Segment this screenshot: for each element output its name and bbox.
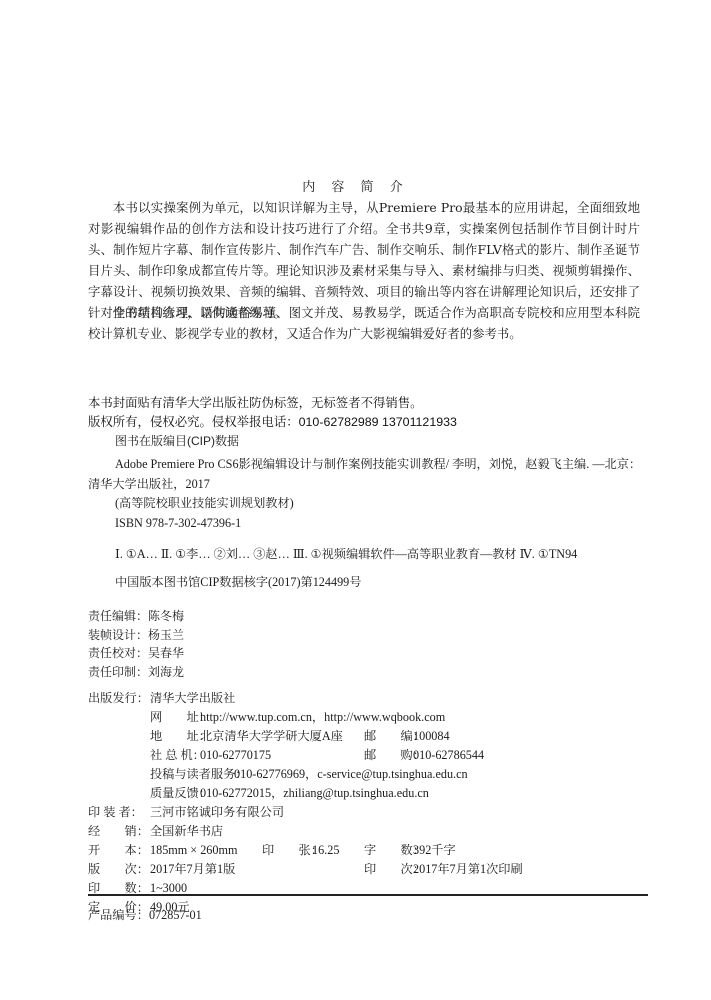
- distributor-row: 经 销： 全国新华书店: [88, 822, 648, 841]
- printer-value: 三河市铭诚印务有限公司: [150, 803, 284, 822]
- product-code: 产品编号：072857-01: [88, 906, 202, 923]
- staff-name: 陈冬梅: [148, 609, 184, 623]
- horizontal-rule: [88, 894, 648, 896]
- publisher-label: 出版发行：: [88, 689, 149, 708]
- website-row: 网 址： http://www.tup.com.cn，http://www.wq…: [88, 708, 648, 727]
- anti-counterfeit-line: 本书封面贴有清华大学出版社防伪标签，无标签者不得销售。: [88, 394, 457, 413]
- service-label: 投稿与读者服务：: [150, 765, 248, 784]
- website-value: http://www.tup.com.cn，http://www.wqbook.…: [200, 708, 445, 727]
- staff-row-proofreader: 责任校对：吴春华: [88, 644, 184, 663]
- format-label: 开 本：: [88, 841, 149, 860]
- switchboard-label: 社 总 机：: [150, 746, 205, 765]
- printer-label: 印 装 者：: [88, 803, 143, 822]
- cip-entry-line-1: Adobe Premiere Pro CS6影视编辑设计与制作案例技能实训教程/…: [88, 455, 648, 475]
- publisher-row: 出版发行： 清华大学出版社: [88, 689, 648, 708]
- postcode-value: 100084: [413, 727, 450, 746]
- printer-row: 印 装 者： 三河市铭诚印务有限公司: [88, 803, 648, 822]
- staff-row-print-manager: 责任印制：刘海龙: [88, 663, 184, 682]
- format-row: 开 本： 185mm × 260mm 印 张： 16.25 字 数： 392千字: [88, 841, 648, 860]
- service-value: 010-62776969，c-service@tup.tsinghua.edu.…: [234, 765, 468, 784]
- summary-text-2: 全书结构合理、语句通俗易懂、图文并茂、易教易学，既适合作为高职高专院校和应用型本…: [88, 302, 640, 344]
- sheets-value: 16.25: [312, 841, 339, 860]
- cip-library-number: 中国版本图书馆CIP数据核字(2017)第124499号: [88, 573, 648, 593]
- switchboard-row: 社 总 机： 010-62770175 邮 购： 010-62786544: [88, 746, 648, 765]
- staff-row-design: 装帧设计：杨玉兰: [88, 626, 184, 645]
- format-value: 185mm × 260mm: [150, 841, 237, 860]
- distributor-label: 经 销：: [88, 822, 149, 841]
- summary-paragraph-2: 全书结构合理、语句通俗易懂、图文并茂、易教易学，既适合作为高职高专院校和应用型本…: [88, 302, 640, 344]
- staff-name: 吴春华: [148, 646, 184, 660]
- staff-role: 责任校对：: [88, 646, 148, 660]
- cip-isbn: ISBN 978-7-302-47396-1: [88, 514, 648, 534]
- staff-name: 杨玉兰: [148, 628, 184, 642]
- address-value: 北京清华大学学研大厦A座: [200, 727, 343, 746]
- publisher-name: 清华大学出版社: [150, 689, 235, 708]
- summary-title: 内 容 简 介: [0, 176, 711, 195]
- edition-label: 版 次：: [88, 860, 149, 879]
- cip-classification: Ⅰ. ①A… Ⅱ. ①李… ②刘… ③赵… Ⅲ. ①视频编辑软件—高等职业教育—…: [88, 545, 648, 565]
- quality-value: 010-62772015，zhiliang@tup.tsinghua.edu.c…: [200, 784, 429, 803]
- switchboard-value: 010-62770175: [200, 746, 271, 765]
- edition-value: 2017年7月第1版: [150, 860, 235, 879]
- edition-row: 版 次： 2017年7月第1版 印 次： 2017年7月第1次印刷: [88, 860, 648, 879]
- staff-role: 责任编辑：: [88, 609, 148, 623]
- quality-feedback-row: 质量反馈： 010-62772015，zhiliang@tup.tsinghua…: [88, 784, 648, 803]
- address-row: 地 址： 北京清华大学学研大厦A座 邮 编： 100084: [88, 727, 648, 746]
- impression-value: 2017年7月第1次印刷: [413, 860, 523, 879]
- cip-entry-line-2: 清华大学出版社，2017: [88, 475, 648, 495]
- staff-role: 责任印制：: [88, 665, 148, 679]
- words-value: 392千字: [413, 841, 456, 860]
- reader-service-row: 投稿与读者服务： 010-62776969，c-service@tup.tsin…: [88, 765, 648, 784]
- cip-block: Adobe Premiere Pro CS6影视编辑设计与制作案例技能实训教程/…: [88, 455, 648, 592]
- staff-row-editor: 责任编辑：陈冬梅: [88, 607, 184, 626]
- staff-role: 装帧设计：: [88, 628, 148, 642]
- staff-credits: 责任编辑：陈冬梅 装帧设计：杨玉兰 责任校对：吴春华 责任印制：刘海龙: [88, 607, 184, 681]
- cip-heading: 图书在版编目(CIP)数据: [115, 432, 239, 449]
- staff-name: 刘海龙: [148, 665, 184, 679]
- mailorder-value: 010-62786544: [413, 746, 484, 765]
- distributor-value: 全国新华书店: [150, 822, 223, 841]
- product-code-value: 072857-01: [149, 908, 202, 922]
- product-code-label: 产品编号：: [88, 908, 149, 922]
- publisher-info: 出版发行： 清华大学出版社 网 址： http://www.tup.com.cn…: [88, 689, 648, 917]
- piracy-report-line: 版权所有，侵权必究。侵权举报电话：010-62782989 1370112193…: [88, 413, 457, 432]
- copyright-notice: 本书封面贴有清华大学出版社防伪标签，无标签者不得销售。 版权所有，侵权必究。侵权…: [88, 394, 457, 432]
- cip-series: (高等院校职业技能实训规划教材): [88, 494, 648, 514]
